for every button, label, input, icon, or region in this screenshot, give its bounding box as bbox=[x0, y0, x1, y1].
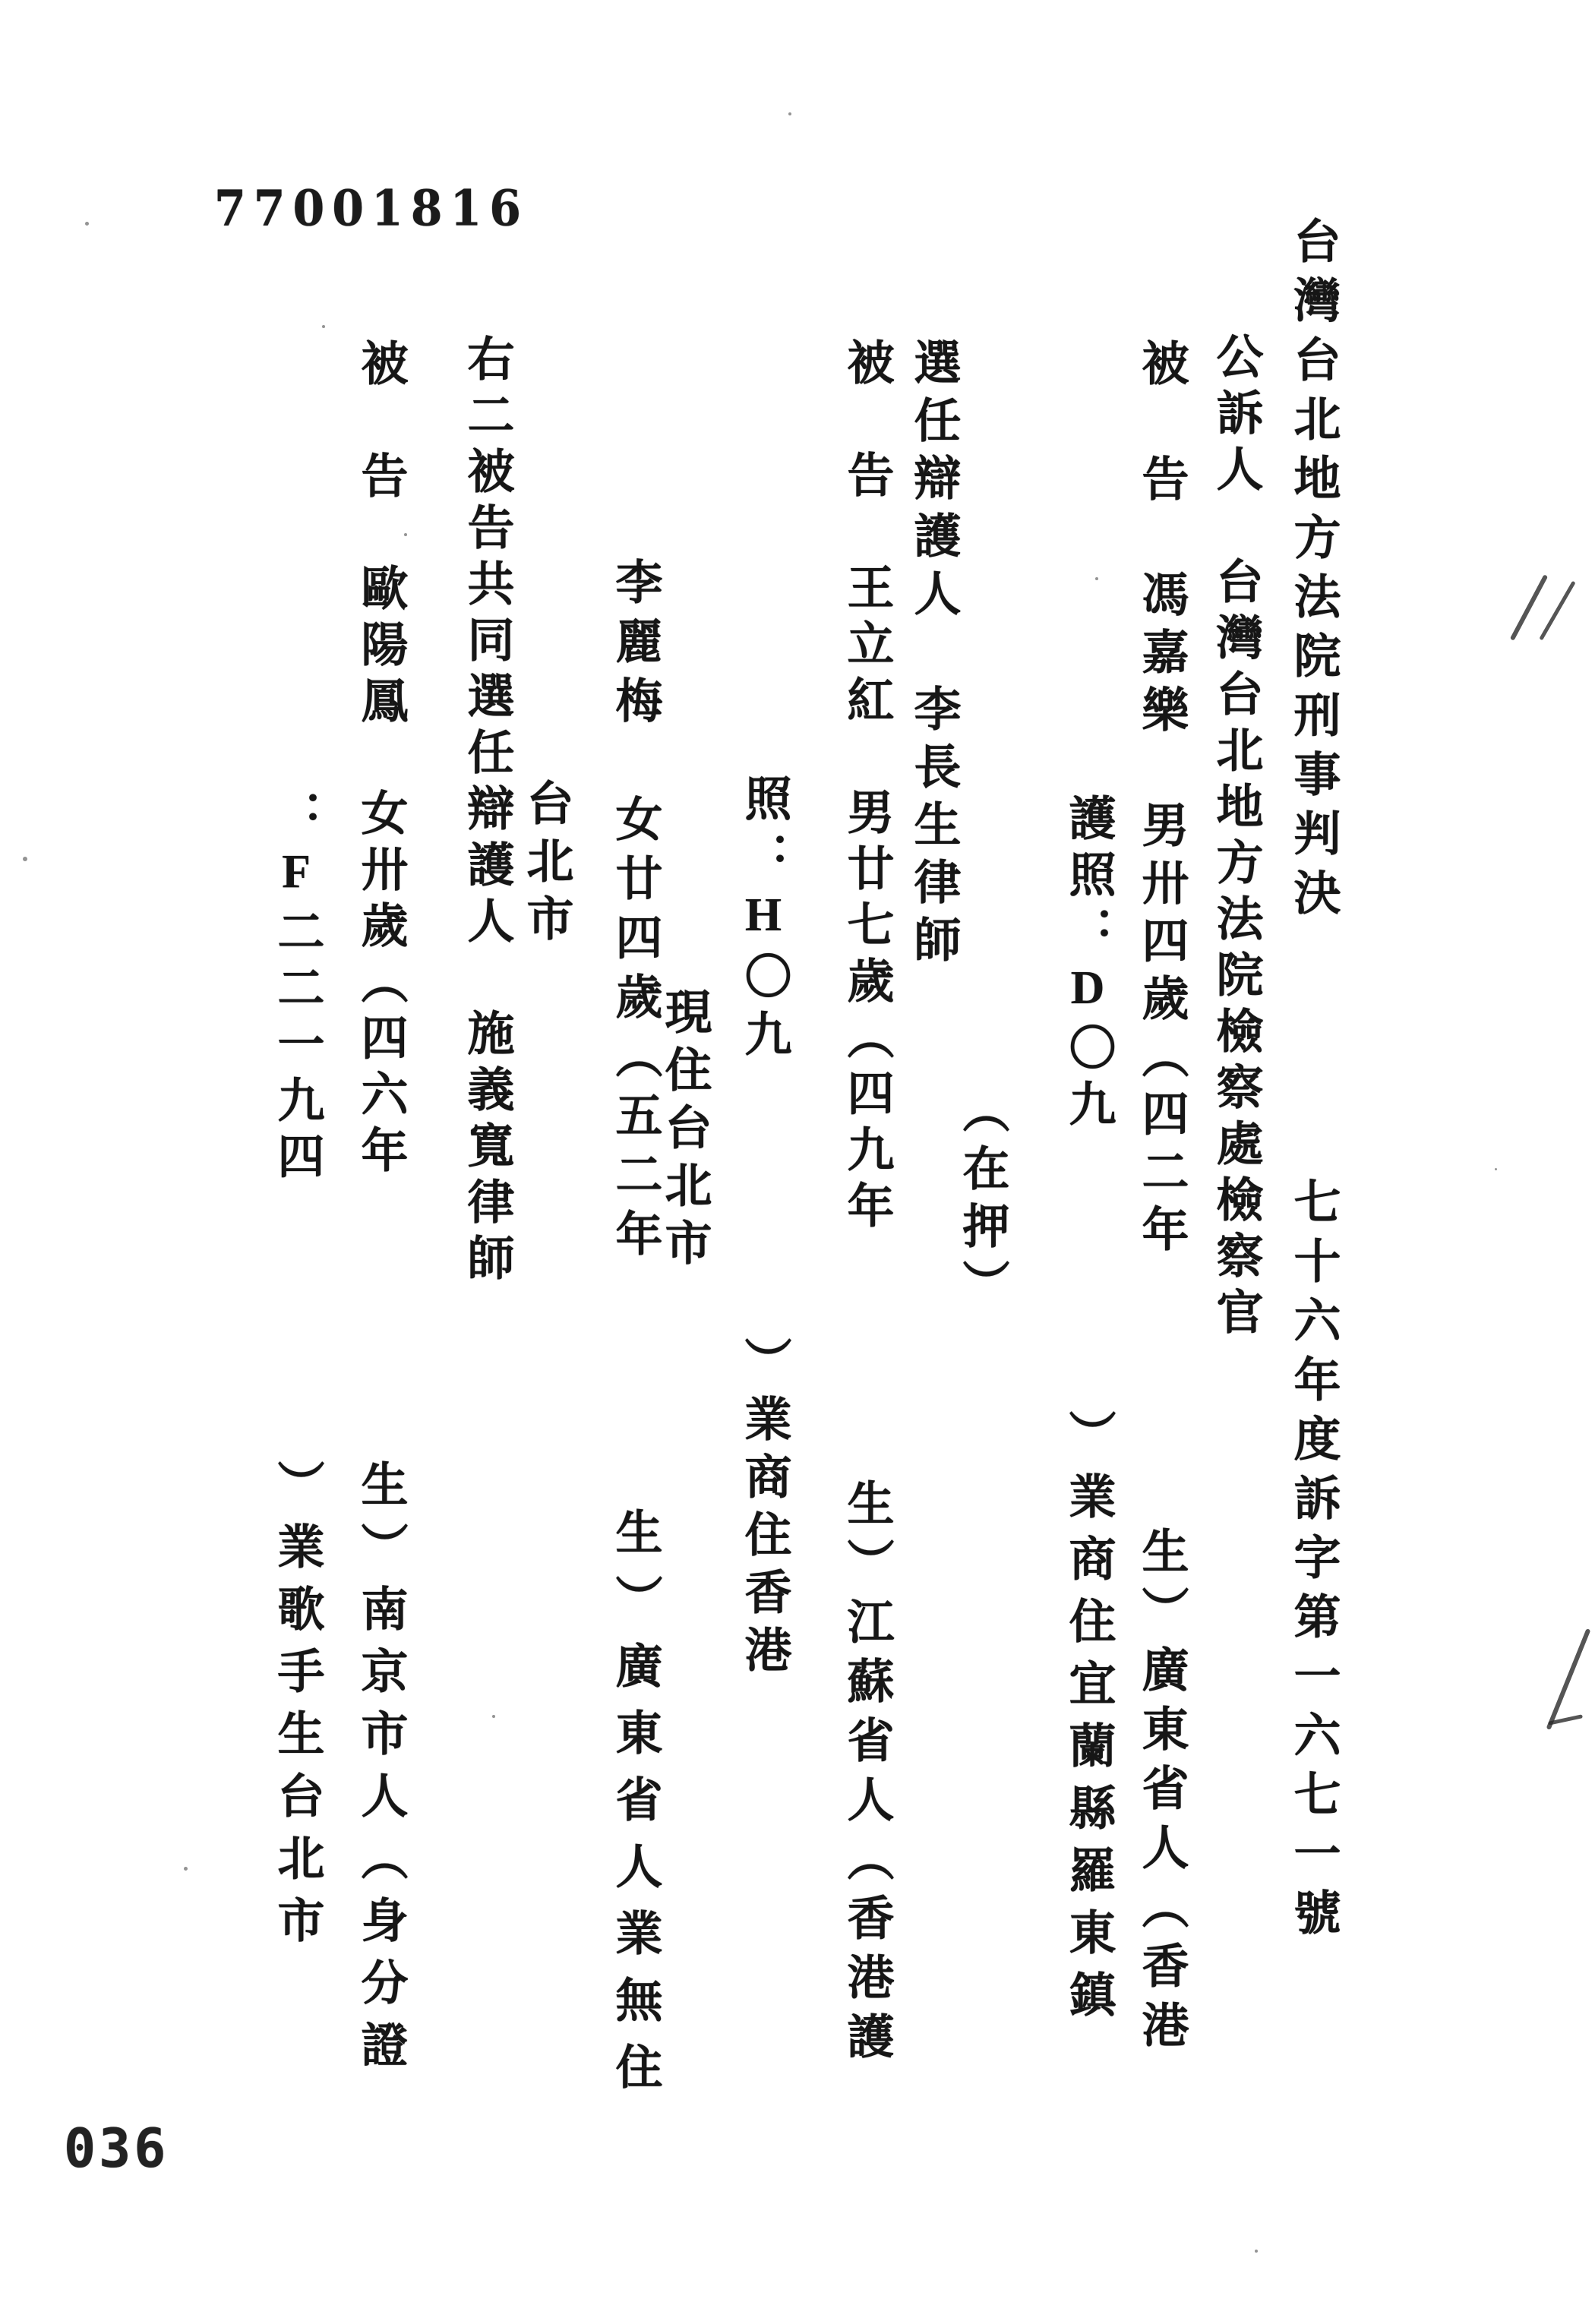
text-column-defendant3-cont2: 台北市 bbox=[520, 778, 571, 952]
pen-mark bbox=[1539, 581, 1575, 641]
text-column-defendant1-cont1: 生︶廣東省人︵香港 bbox=[1135, 1527, 1186, 2060]
text-column-case-number: 七十六年度訴字第一六七一號 bbox=[1287, 1177, 1338, 1947]
page-number: 036 bbox=[64, 2117, 169, 2180]
scanned-court-document-page: 77001816 台灣台北地方法院刑事判決七十六年度訴字第一六七一號公訴人 台灣… bbox=[0, 0, 1595, 2324]
text-column-defendant1-cont2: ︶業商住宜蘭縣羅東鎮 bbox=[1062, 1410, 1113, 2032]
text-column-title: 台灣台北地方法院刑事判決 bbox=[1287, 216, 1338, 927]
text-column-defendant4-cont2: ︶業歌手生台北市 bbox=[270, 1460, 322, 1958]
text-column-defendant1-passport: 護照：D〇九 bbox=[1062, 794, 1113, 1135]
scan-speck bbox=[322, 325, 325, 328]
scan-speck bbox=[23, 857, 27, 861]
text-column-defendant3-main: 李麗梅 女廿四歲︵五二年 bbox=[608, 557, 660, 1268]
text-column-counsel2: 右二被告共同選任辯護人 施義寬律師 bbox=[460, 334, 512, 1290]
scan-speck bbox=[1495, 1168, 1497, 1170]
text-column-defendant4-main: 被 告 歐陽鳳 女卅歲︵四六年 bbox=[354, 339, 406, 1182]
scan-speck bbox=[1095, 577, 1098, 580]
text-column-prosecutor: 公訴人 台灣台北地方法院檢察處檢察官 bbox=[1209, 332, 1261, 1344]
scan-speck bbox=[404, 533, 407, 536]
text-column-defendant4-id: ：F二二一九四 bbox=[270, 790, 322, 1188]
pen-mark bbox=[1510, 574, 1548, 641]
text-column-defendant2-main: 被 告 王立紅 男廿七歲︵四九年 bbox=[840, 338, 892, 1237]
scan-speck bbox=[85, 222, 89, 226]
text-column-defendant1-custody: ︵在押︶ bbox=[955, 1086, 1007, 1317]
text-column-defendant4-cont1: 生︶南京市人︵身分證 bbox=[354, 1460, 406, 2082]
text-column-defendant3-cont1: 生︶廣東省人業無住 bbox=[608, 1508, 660, 2109]
text-column-counsel1: 選任辯護人 李長生律師 bbox=[907, 338, 959, 973]
scan-speck bbox=[788, 112, 791, 115]
text-column-defendant1-main: 被 告 馮嘉樂 男卅四歲︵四二年 bbox=[1135, 339, 1186, 1262]
text-column-defendant2-cont2: ︶業商住香港 bbox=[737, 1337, 789, 1683]
scan-speck bbox=[492, 1715, 495, 1718]
scan-speck bbox=[184, 1867, 188, 1871]
document-stamp-number: 77001816 bbox=[214, 180, 529, 238]
text-column-defendant2-cont1: 生︶江蘇省人︵香港護 bbox=[840, 1479, 892, 2071]
text-column-defendant2-passport: 照：H〇九 bbox=[737, 774, 789, 1067]
pen-mark bbox=[1546, 1628, 1591, 1730]
scan-speck bbox=[1255, 2250, 1258, 2253]
text-column-defendant2-address: 現住台北市 bbox=[658, 987, 709, 1276]
